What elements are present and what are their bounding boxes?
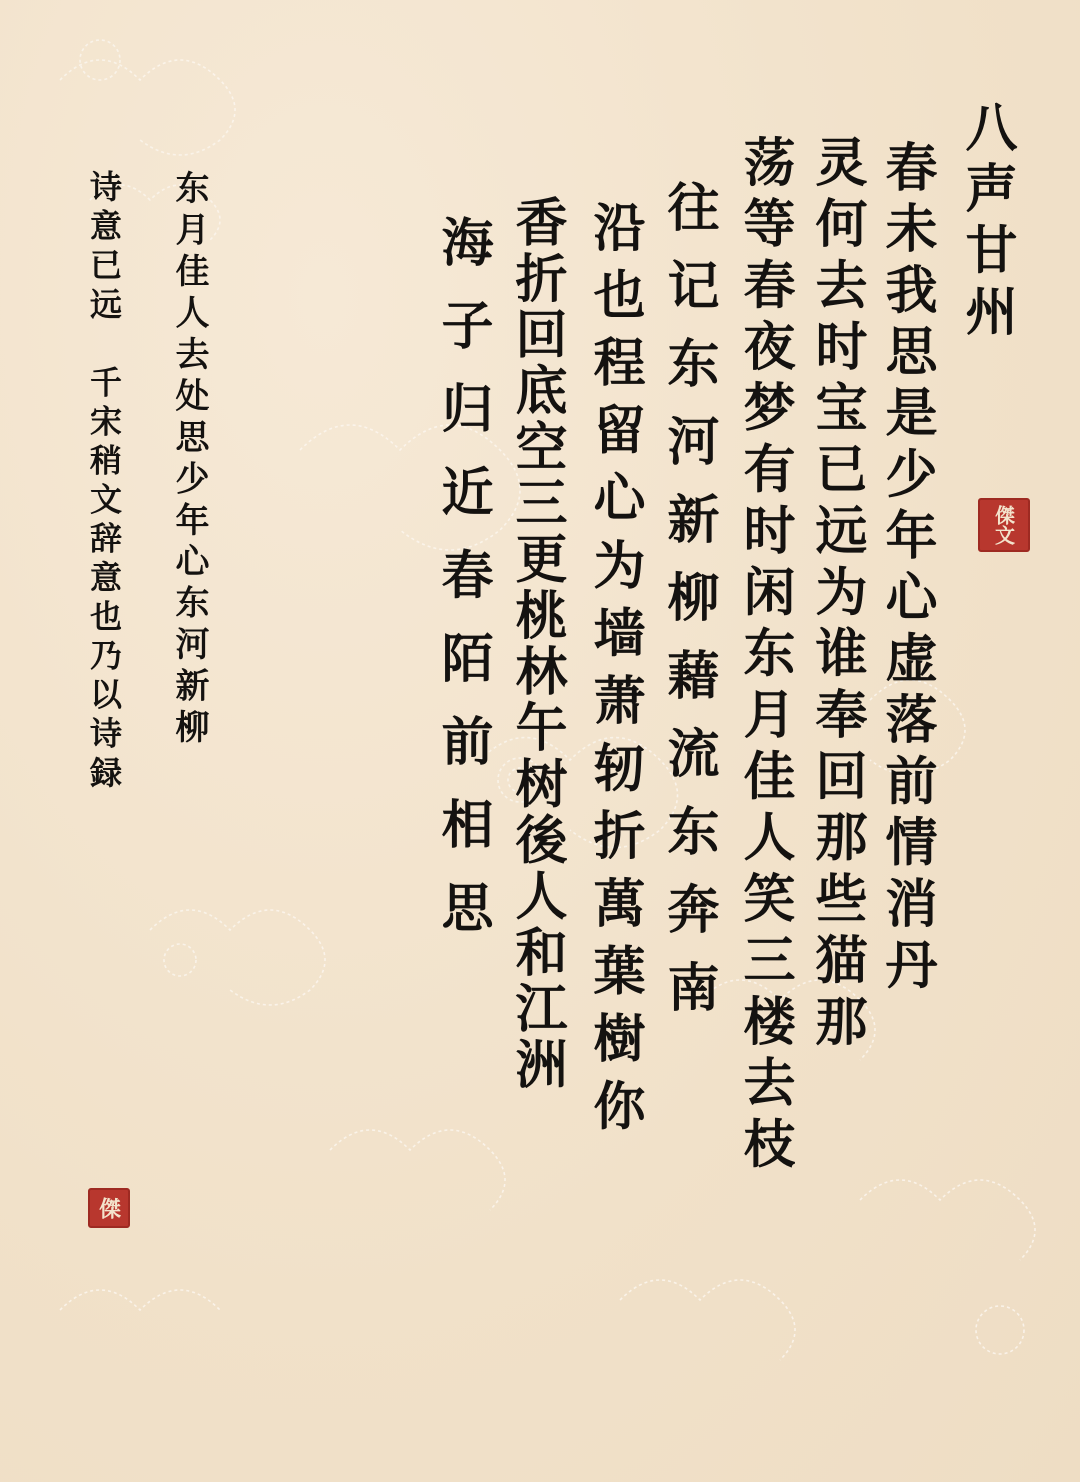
title-seal: 傑文 <box>978 498 1030 552</box>
calligraphy-column-6: 香折回底空三更桃林午树後人和江洲 <box>510 195 562 1094</box>
calligraphy-column-5: 沿也程留心为墙萧轫折萬葉樹你 <box>588 200 640 1146</box>
calligraphy-column-4: 往记东河新柳藉流东奔南 <box>662 180 714 1038</box>
calligraphy-column-2: 灵何去时宝已远为谁奉回那些猫那 <box>810 135 862 1055</box>
colophon-column-1: 东月佳人去处思少年心东河新柳 <box>172 170 206 751</box>
title-column: 八声甘州 <box>960 100 1012 345</box>
colophon-column-2: 诗意已远 千宋稍文辞意也乃以诗録 <box>88 170 120 795</box>
calligraphy-column-3: 荡等春夜梦有时闲东月佳人笑三楼去枝 <box>738 135 790 1178</box>
calligraphy-column-7: 海子归近春陌前相思 <box>436 215 488 964</box>
signature-seal: 傑 <box>88 1188 130 1228</box>
calligraphy-column-1: 春未我思是少年心虚落前情消丹 <box>880 140 932 999</box>
